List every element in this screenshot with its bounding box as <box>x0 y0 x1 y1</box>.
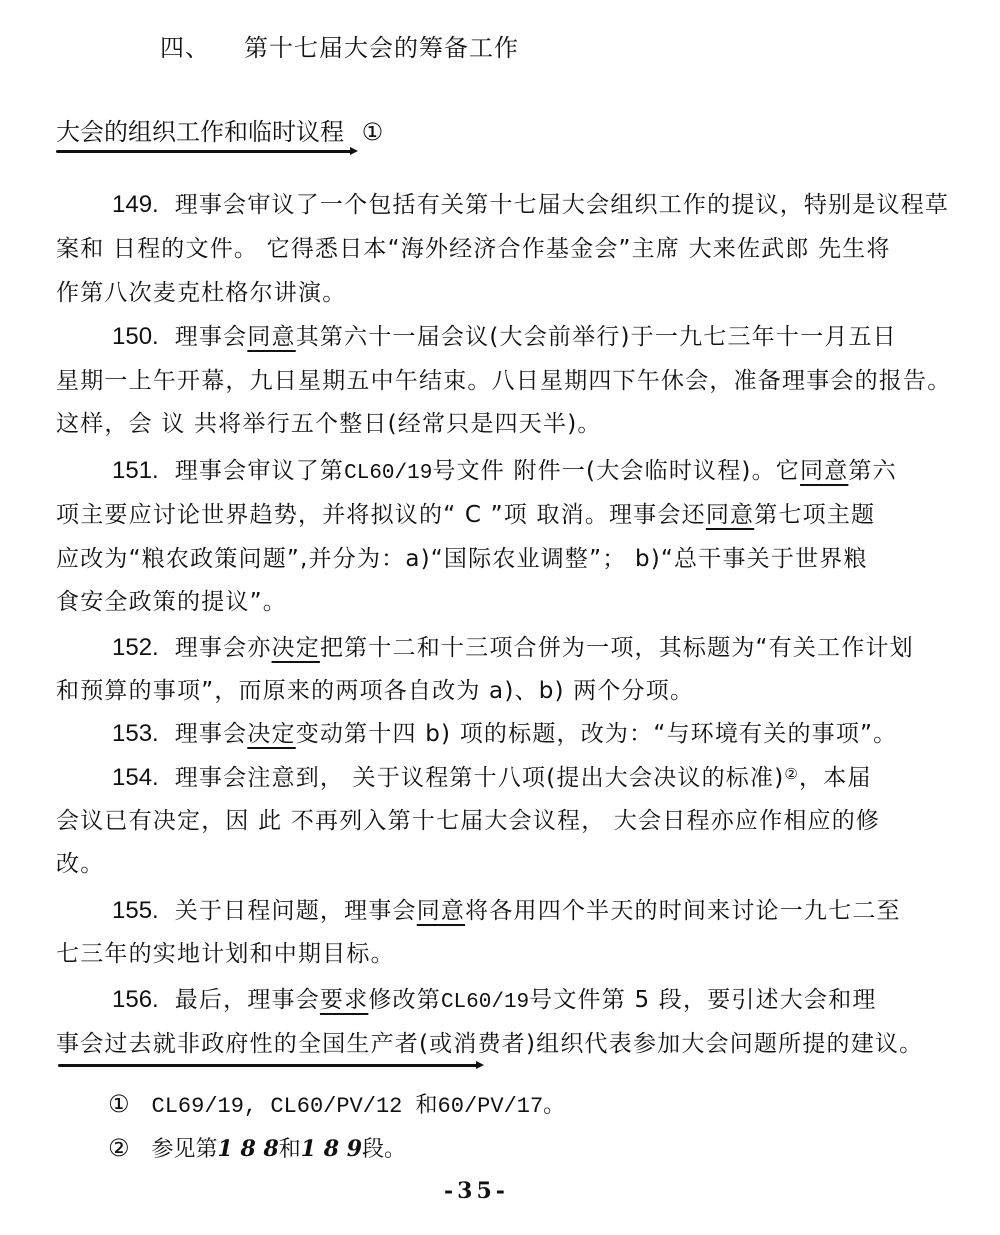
underlined-keyword: 要求 <box>320 987 368 1013</box>
section-heading: 大会的组织工作和临时议程 ① <box>56 112 383 147</box>
underlined-keyword: 同意 <box>800 458 848 484</box>
footnote-2: ②参见第1 8 8和1 8 9段。 <box>108 1132 406 1163</box>
document-code: CL60/19 <box>441 991 529 1014</box>
footnote-mark: ① <box>108 1090 130 1118</box>
paragraph-text: 第六 <box>848 458 896 484</box>
paragraph-152-line-1: 152.理事会亦决定把第十二和十三项合併为一项，其标题为“有关工作计划 <box>112 629 914 662</box>
underlined-keyword: 决定 <box>272 635 320 661</box>
paragraph-156-line-1: 156.最后，理事会要求修改第CL60/19号文件第 5 段，要引述大会和理 <box>112 981 877 1014</box>
paragraph-154-line-1: 154.理事会注意到， 关于议程第十八项(提出大会决议的标准)②，本届 <box>112 759 872 792</box>
paragraph-149-line-3: 作第八次麦克杜格尔讲演。 <box>56 274 346 307</box>
paragraph-text: 应改为“粮农政策问题”,并分为：a)“国际农业调整”； b)“总干事关于世界粮 <box>56 546 868 572</box>
footnote-separator-arrow <box>58 1064 478 1067</box>
paragraph-150-line-1: 150.理事会同意其第六十一届会议(大会前举行)于一九七三年十一月五日 <box>112 318 897 351</box>
paragraph-text: 最后，理事会 <box>175 987 320 1013</box>
page-number: -35- <box>444 1178 509 1204</box>
paragraph-text: 星期一上午开幕，九日星期五中午结束。八日星期四下午休会，准备理事会的报告。 <box>56 368 951 394</box>
paragraph-number: 150. <box>112 323 159 350</box>
paragraph-text: 这样，会 议 共将举行五个整日(经常只是四天半)。 <box>56 411 602 437</box>
paragraph-number: 152. <box>112 634 159 661</box>
underlined-keyword: 决定 <box>247 721 295 747</box>
paragraph-text: 理事会审议了一个包括有关第十七届大会组织工作的提议，特别是议程草 <box>175 192 949 218</box>
footnote-text: 参见第 <box>152 1137 218 1162</box>
section-heading-text: 大会的组织工作和临时议程 <box>56 118 344 146</box>
paragraph-153-line-1: 153.理事会决定变动第十四 b) 项的标题，改为：“与环境有关的事项”。 <box>112 715 897 748</box>
document-code: CL60/19 <box>344 462 432 485</box>
paragraph-text: 理事会 <box>175 721 248 747</box>
footnote-mark: ② <box>108 1134 130 1162</box>
paragraph-ref-number: 1 8 9 <box>301 1136 362 1162</box>
section-underline-arrow <box>56 150 352 153</box>
paragraph-text: 案和 日程的文件。 它得悉日本“海外经济合作基金会”主席 大来佐武郎 先生将 <box>56 236 891 262</box>
paragraph-text: 关于日程问题，理事会 <box>175 898 417 924</box>
underlined-keyword: 同意 <box>247 324 295 350</box>
paragraph-text: 改。 <box>56 851 104 877</box>
footnote-1: ①CL69/19, CL60/PV/12 和60/PV/17。 <box>108 1088 565 1119</box>
paragraph-150-line-3: 这样，会 议 共将举行五个整日(经常只是四天半)。 <box>56 405 602 438</box>
paragraph-number: 149. <box>112 191 159 218</box>
paragraph-151-line-3: 应改为“粮农政策问题”,并分为：a)“国际农业调整”； b)“总干事关于世界粮 <box>56 540 868 573</box>
paragraph-text: 其第六十一届会议(大会前举行)于一九七三年十一月五日 <box>296 324 897 350</box>
underlined-keyword: 同意 <box>706 502 754 528</box>
paragraph-text: 理事会亦 <box>175 635 272 661</box>
footnote-text: 和 <box>279 1137 301 1162</box>
paragraph-text: 理事会 <box>175 324 248 350</box>
paragraph-number: 153. <box>112 720 159 747</box>
footnote-ref-1: ① <box>362 118 384 146</box>
chapter-number: 四、 <box>160 34 210 62</box>
paragraph-150-line-2: 星期一上午开幕，九日星期五中午结束。八日星期四下午休会，准备理事会的报告。 <box>56 362 951 395</box>
paragraph-149-line-2: 案和 日程的文件。 它得悉日本“海外经济合作基金会”主席 大来佐武郎 先生将 <box>56 230 891 263</box>
chapter-title: 四、第十七届大会的筹备工作 <box>160 28 519 63</box>
paragraph-number: 155. <box>112 897 159 924</box>
paragraph-text: 项主要应讨论世界趋势，并将拟议的“ C ”项 取消。理事会还 <box>56 502 706 528</box>
paragraph-text: 事会过去就非政府性的全国生产者(或消费者)组织代表参加大会问题所提的建议。 <box>56 1031 923 1057</box>
paragraph-text: 会议已有决定，因 此 不再列入第十七届大会议程， 大会日程亦应作相应的修 <box>56 808 880 834</box>
paragraph-text: 号文件 附件一(大会临时议程)。它 <box>432 458 800 484</box>
paragraph-text: 食安全政策的提议”。 <box>56 589 287 615</box>
footnote-text: 段。 <box>362 1137 406 1162</box>
paragraph-text: 理事会审议了第 <box>175 458 344 484</box>
paragraph-text: 号文件第 5 段，要引述大会和理 <box>529 987 876 1013</box>
paragraph-text: 把第十二和十三项合併为一项，其标题为“有关工作计划 <box>320 635 914 661</box>
paragraph-ref-number: 1 8 8 <box>218 1136 279 1162</box>
paragraph-151-line-4: 食安全政策的提议”。 <box>56 583 287 616</box>
paragraph-152-line-2: 和预算的事项”，而原来的两项各自改为 a)、b) 两个分项。 <box>56 672 694 705</box>
paragraph-text: ，本届 <box>799 765 872 791</box>
paragraph-text: 理事会注意到， 关于议程第十八项(提出大会决议的标准) <box>175 765 785 791</box>
paragraph-155-line-2: 七三年的实地计划和中期目标。 <box>56 935 395 968</box>
paragraph-154-line-3: 改。 <box>56 845 104 878</box>
paragraph-number: 154. <box>112 764 159 791</box>
footnote-ref-2: ② <box>784 765 799 783</box>
paragraph-154-line-2: 会议已有决定，因 此 不再列入第十七届大会议程， 大会日程亦应作相应的修 <box>56 802 880 835</box>
paragraph-151-line-2: 项主要应讨论世界趋势，并将拟议的“ C ”项 取消。理事会还同意第七项主题 <box>56 496 875 529</box>
paragraph-text: 修改第 <box>368 987 441 1013</box>
paragraph-text: 七三年的实地计划和中期目标。 <box>56 941 395 967</box>
underlined-keyword: 同意 <box>417 898 465 924</box>
paragraph-156-line-2: 事会过去就非政府性的全国生产者(或消费者)组织代表参加大会问题所提的建议。 <box>56 1025 923 1058</box>
chapter-title-text: 第十七届大会的筹备工作 <box>244 34 519 62</box>
paragraph-text: 变动第十四 b) 项的标题，改为：“与环境有关的事项”。 <box>296 721 898 747</box>
paragraph-number: 156. <box>112 986 159 1013</box>
paragraph-text: 第七项主题 <box>754 502 875 528</box>
paragraph-151-line-1: 151.理事会审议了第CL60/19号文件 附件一(大会临时议程)。它同意第六 <box>112 452 897 485</box>
paragraph-155-line-1: 155.关于日程问题，理事会同意将各用四个半天的时间来讨论一九七二至 <box>112 892 901 925</box>
paragraph-text: 将各用四个半天的时间来讨论一九七二至 <box>465 898 901 924</box>
paragraph-text: 和预算的事项”，而原来的两项各自改为 a)、b) 两个分项。 <box>56 678 694 704</box>
paragraph-text: 作第八次麦克杜格尔讲演。 <box>56 280 346 306</box>
paragraph-149-line-1: 149.理事会审议了一个包括有关第十七届大会组织工作的提议，特别是议程草 <box>112 186 949 219</box>
paragraph-number: 151. <box>112 457 159 484</box>
footnote-text: CL69/19, CL60/PV/12 和60/PV/17。 <box>152 1094 566 1119</box>
